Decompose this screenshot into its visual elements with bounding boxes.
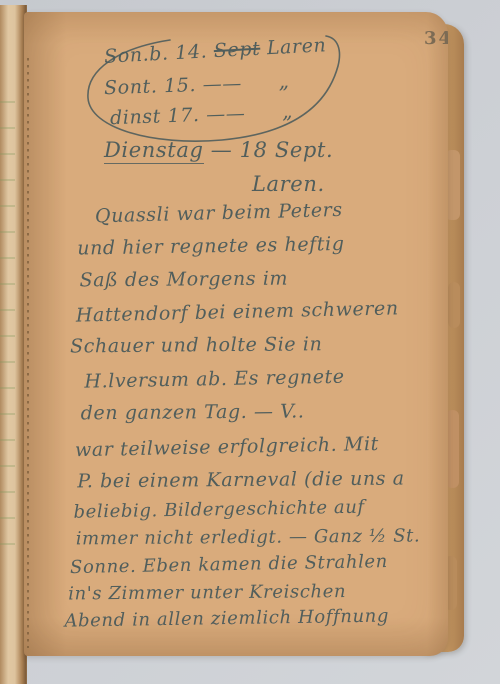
ruled-lines bbox=[0, 77, 15, 569]
handwriting-line: immer nicht erledigt. — Ganz ½ St. bbox=[76, 525, 421, 549]
handwriting-line: war teilweise erfolgreich. Mit bbox=[75, 433, 379, 461]
left-page-sliver bbox=[0, 5, 27, 684]
handwriting-line: Schauer und holte Sie in bbox=[70, 333, 322, 357]
handwriting-line: Quassli war beim Peters bbox=[95, 199, 343, 227]
notebook-page: 34 Son.b. 14. Sept Laren Sont. 15. —— „ … bbox=[24, 12, 448, 656]
diary-entry: Quassli war beim Peters und hier regnete… bbox=[24, 12, 448, 656]
handwriting-line: Hattendorf bei einem schweren bbox=[76, 297, 399, 326]
handwriting-line: beliebig. Bildergeschichte auf bbox=[73, 497, 365, 523]
handwriting-line: Abend in allen ziemlich Hoffnung bbox=[64, 606, 389, 632]
stitching bbox=[27, 58, 29, 648]
handwriting-line: und hier regnete es heftig bbox=[77, 233, 345, 260]
handwriting-line: den ganzen Tag. — V.. bbox=[81, 400, 305, 424]
handwriting-line: Saß des Morgens im bbox=[79, 268, 288, 292]
handwriting-line: P. bei einem Karneval (die uns a bbox=[77, 468, 405, 493]
scanned-photo: 34 Son.b. 14. Sept Laren Sont. 15. —— „ … bbox=[0, 0, 500, 684]
handwriting-line: Sonne. Eben kamen die Strahlen bbox=[70, 551, 388, 578]
torn-page-edge bbox=[448, 282, 460, 328]
handwriting-line: H.lversum ab. Es regnete bbox=[84, 366, 345, 393]
handwriting-line: in's Zimmer unter Kreischen bbox=[68, 581, 346, 604]
